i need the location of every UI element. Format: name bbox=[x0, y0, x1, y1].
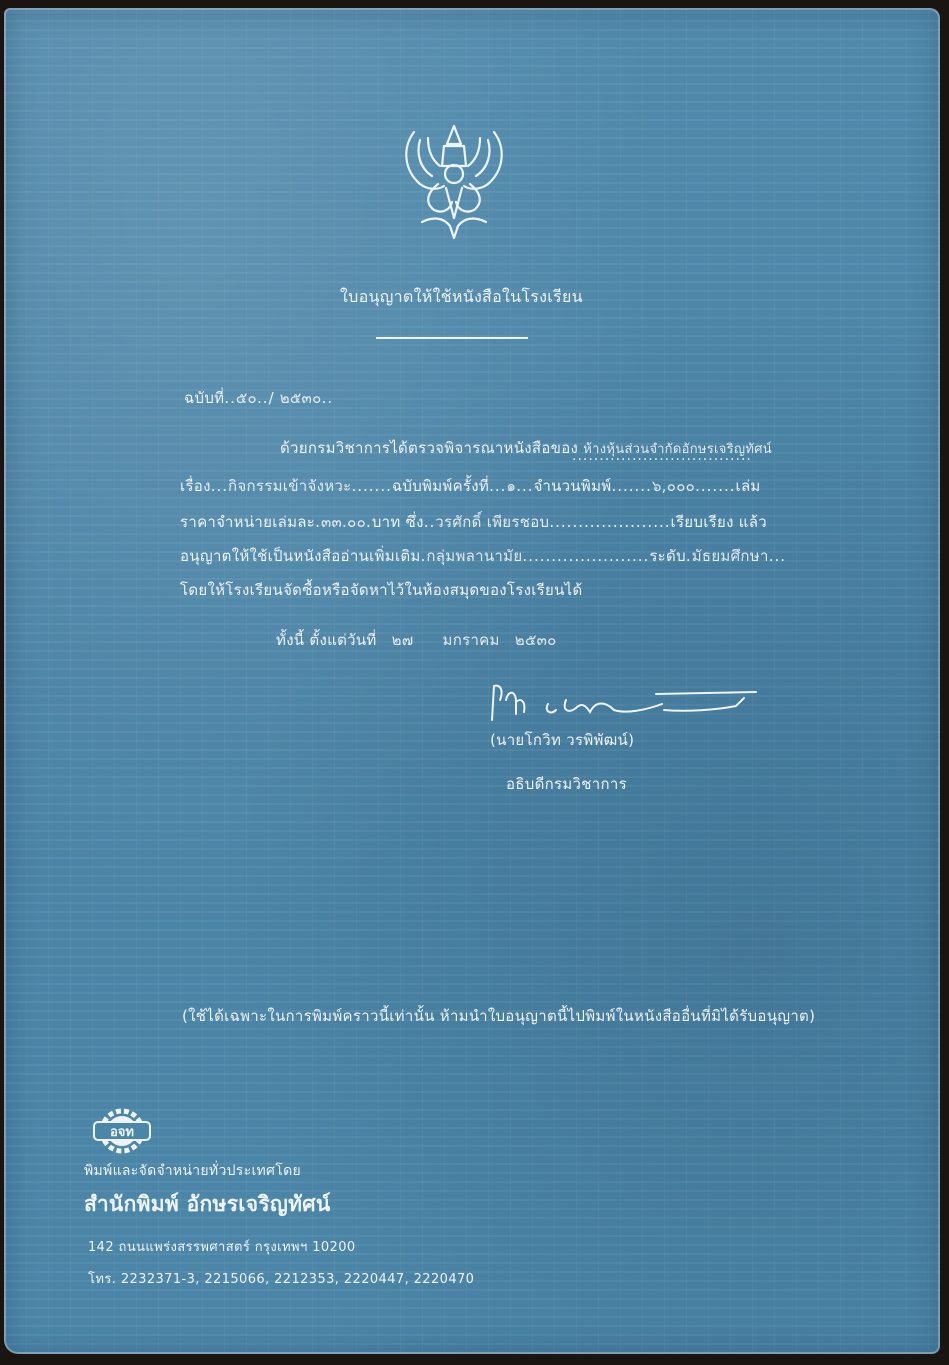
body-line-5: โดยให้โรงเรียนจัดซื้อหรือจัดหาไว้ในห้องส… bbox=[180, 578, 583, 602]
title-underline bbox=[376, 337, 528, 339]
body-line-2: เรื่อง...กิจกรรมเข้าจังหวะ.......ฉบับพิม… bbox=[180, 474, 761, 498]
publisher-logo-icon: อจท bbox=[92, 1106, 152, 1156]
publisher-phones: โทร. 2232371-3, 2215066, 2212353, 222044… bbox=[88, 1268, 474, 1289]
publisher-address: 142 ถนนแพร่งสรรพศาสตร์ กรุงเทพฯ 10200 bbox=[88, 1236, 356, 1257]
license-number: ฉบับที่..๕๐../ ๒๕๓๐.. bbox=[184, 386, 333, 410]
signer-name: (นายโกวิท วรพิพัฒน์) bbox=[490, 728, 634, 752]
garuda-emblem-icon bbox=[394, 118, 514, 243]
signer-title: อธิบดีกรมวิชาการ bbox=[506, 772, 627, 796]
distributed-by: พิมพ์และจัดจำหน่ายทั่วประเทศโดย bbox=[84, 1160, 301, 1182]
document-title: ใบอนุญาตให้ใช้หนังสือในโรงเรียน bbox=[340, 285, 583, 310]
body-line-3: ราคาจำหน่ายเล่มละ.๓๓.๐๐.บาท ซึ่ง..วรศักด… bbox=[180, 510, 767, 534]
effective-date: ทั้งนี้ ตั้งแต่วันที่ ๒๗ มกราคม ๒๕๓๐ bbox=[276, 628, 557, 652]
publisher-name: สำนักพิมพ์ อักษรเจริญทัศน์ bbox=[84, 1188, 331, 1221]
license-page: ใบอนุญาตให้ใช้หนังสือในโรงเรียน ฉบับที่.… bbox=[4, 8, 940, 1354]
svg-text:อจท: อจท bbox=[110, 1125, 134, 1140]
dotted-line: ................................. bbox=[572, 448, 752, 464]
body-line-4: อนุญาตให้ใช้เป็นหนังสืออ่านเพิ่มเติม.กลุ… bbox=[180, 544, 786, 568]
usage-footnote: (ใช้ได้เฉพาะในการพิมพ์คราวนี้เท่านั้น ห้… bbox=[182, 1004, 815, 1028]
signature-icon bbox=[486, 680, 776, 728]
